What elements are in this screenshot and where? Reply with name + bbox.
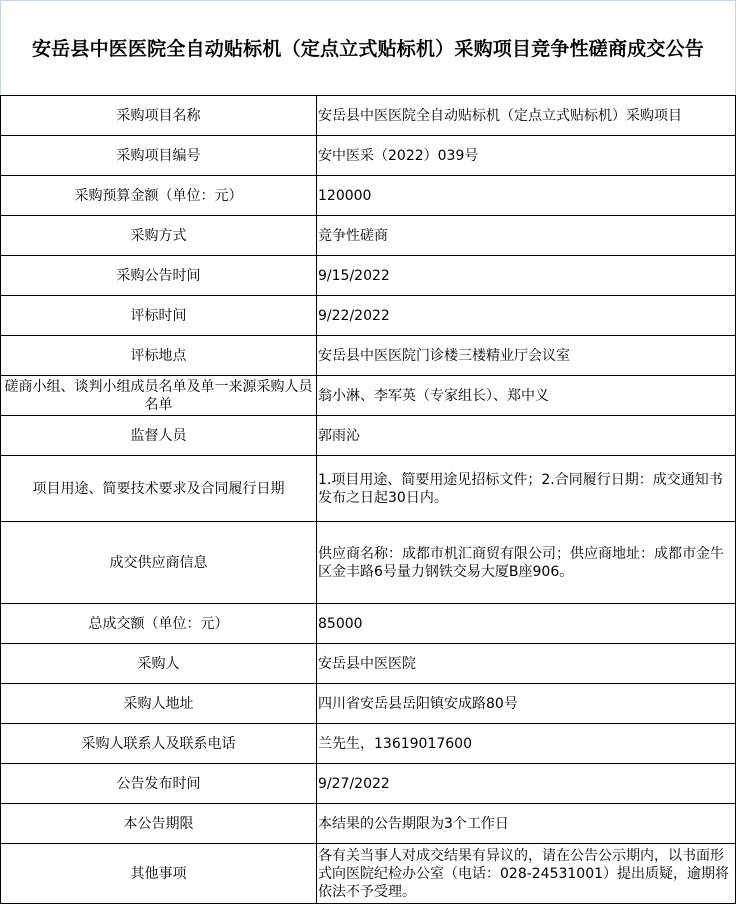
table-row: 项目用途、简要技术要求及合同履行日期1.项目用途、简要用途见招标文件；2.合同履… — [1, 456, 736, 522]
row-value: 安岳县中医医院门诊楼三楼精业厅会议室 — [317, 336, 736, 376]
table-row: 采购项目名称安岳县中医医院全自动贴标机（定点立式贴标机）采购项目 — [1, 96, 736, 136]
row-value: 各有关当事人对成交结果有异议的，请在公告公示期内，以书面形式向医院纪检办公室（电… — [317, 844, 736, 904]
table-row: 其他事项各有关当事人对成交结果有异议的，请在公告公示期内，以书面形式向医院纪检办… — [1, 844, 736, 904]
table-row: 采购方式竞争性磋商 — [1, 216, 736, 256]
row-value: 85000 — [317, 604, 736, 644]
table-row: 采购预算金额（单位：元）120000 — [1, 176, 736, 216]
row-label: 总成交额（单位：元） — [1, 604, 317, 644]
row-value: 9/15/2022 — [317, 256, 736, 296]
row-value: 四川省安岳县岳阳镇安成路80号 — [317, 684, 736, 724]
title-box: 安岳县中医医院全自动贴标机（定点立式贴标机）采购项目竞争性磋商成交公告 — [0, 0, 736, 96]
row-label: 采购预算金额（单位：元） — [1, 176, 317, 216]
row-value: 安中医采（2022）039号 — [317, 136, 736, 176]
row-label: 采购人 — [1, 644, 317, 684]
row-value: 竞争性磋商 — [317, 216, 736, 256]
row-value: 9/27/2022 — [317, 764, 736, 804]
row-value: 供应商名称：成都市机汇商贸有限公司；供应商地址：成都市金牛区金丰路6号量力钢铁交… — [317, 522, 736, 604]
row-label: 公告发布时间 — [1, 764, 317, 804]
row-label: 采购人联系人及联系电话 — [1, 724, 317, 764]
notice-table: 采购项目名称安岳县中医医院全自动贴标机（定点立式贴标机）采购项目采购项目编号安中… — [0, 95, 736, 904]
row-value: 翁小淋、李军英（专家组长）、郑中义 — [317, 376, 736, 416]
row-label: 成交供应商信息 — [1, 522, 317, 604]
row-label: 采购项目编号 — [1, 136, 317, 176]
row-value: 本结果的公告期限为3个工作日 — [317, 804, 736, 844]
table-row: 成交供应商信息供应商名称：成都市机汇商贸有限公司；供应商地址：成都市金牛区金丰路… — [1, 522, 736, 604]
table-row: 采购人地址四川省安岳县岳阳镇安成路80号 — [1, 684, 736, 724]
row-value: 安岳县中医医院 — [317, 644, 736, 684]
row-value: 120000 — [317, 176, 736, 216]
table-row: 评标地点安岳县中医医院门诊楼三楼精业厅会议室 — [1, 336, 736, 376]
row-label: 采购公告时间 — [1, 256, 317, 296]
row-label: 项目用途、简要技术要求及合同履行日期 — [1, 456, 317, 522]
table-row: 监督人员郭雨沁 — [1, 416, 736, 456]
table-row: 评标时间9/22/2022 — [1, 296, 736, 336]
row-label: 采购人地址 — [1, 684, 317, 724]
table-row: 采购项目编号安中医采（2022）039号 — [1, 136, 736, 176]
row-value: 1.项目用途、简要用途见招标文件；2.合同履行日期：成交通知书发布之日起30日内… — [317, 456, 736, 522]
table-row: 采购人安岳县中医医院 — [1, 644, 736, 684]
row-value: 安岳县中医医院全自动贴标机（定点立式贴标机）采购项目 — [317, 96, 736, 136]
row-label: 评标时间 — [1, 296, 317, 336]
row-label: 评标地点 — [1, 336, 317, 376]
table-row: 总成交额（单位：元）85000 — [1, 604, 736, 644]
row-value: 郭雨沁 — [317, 416, 736, 456]
row-value: 兰先生，13619017600 — [317, 724, 736, 764]
table-row: 采购公告时间9/15/2022 — [1, 256, 736, 296]
row-label: 其他事项 — [1, 844, 317, 904]
table-row: 磋商小组、谈判小组成员名单及单一来源采购人员名单翁小淋、李军英（专家组长）、郑中… — [1, 376, 736, 416]
row-label: 监督人员 — [1, 416, 317, 456]
row-label: 采购方式 — [1, 216, 317, 256]
table-row: 公告发布时间9/27/2022 — [1, 764, 736, 804]
row-label: 采购项目名称 — [1, 96, 317, 136]
row-label: 本公告期限 — [1, 804, 317, 844]
table-row: 本公告期限本结果的公告期限为3个工作日 — [1, 804, 736, 844]
table-row: 采购人联系人及联系电话兰先生，13619017600 — [1, 724, 736, 764]
page-title: 安岳县中医医院全自动贴标机（定点立式贴标机）采购项目竞争性磋商成交公告 — [28, 35, 708, 63]
row-label: 磋商小组、谈判小组成员名单及单一来源采购人员名单 — [1, 376, 317, 416]
row-value: 9/22/2022 — [317, 296, 736, 336]
